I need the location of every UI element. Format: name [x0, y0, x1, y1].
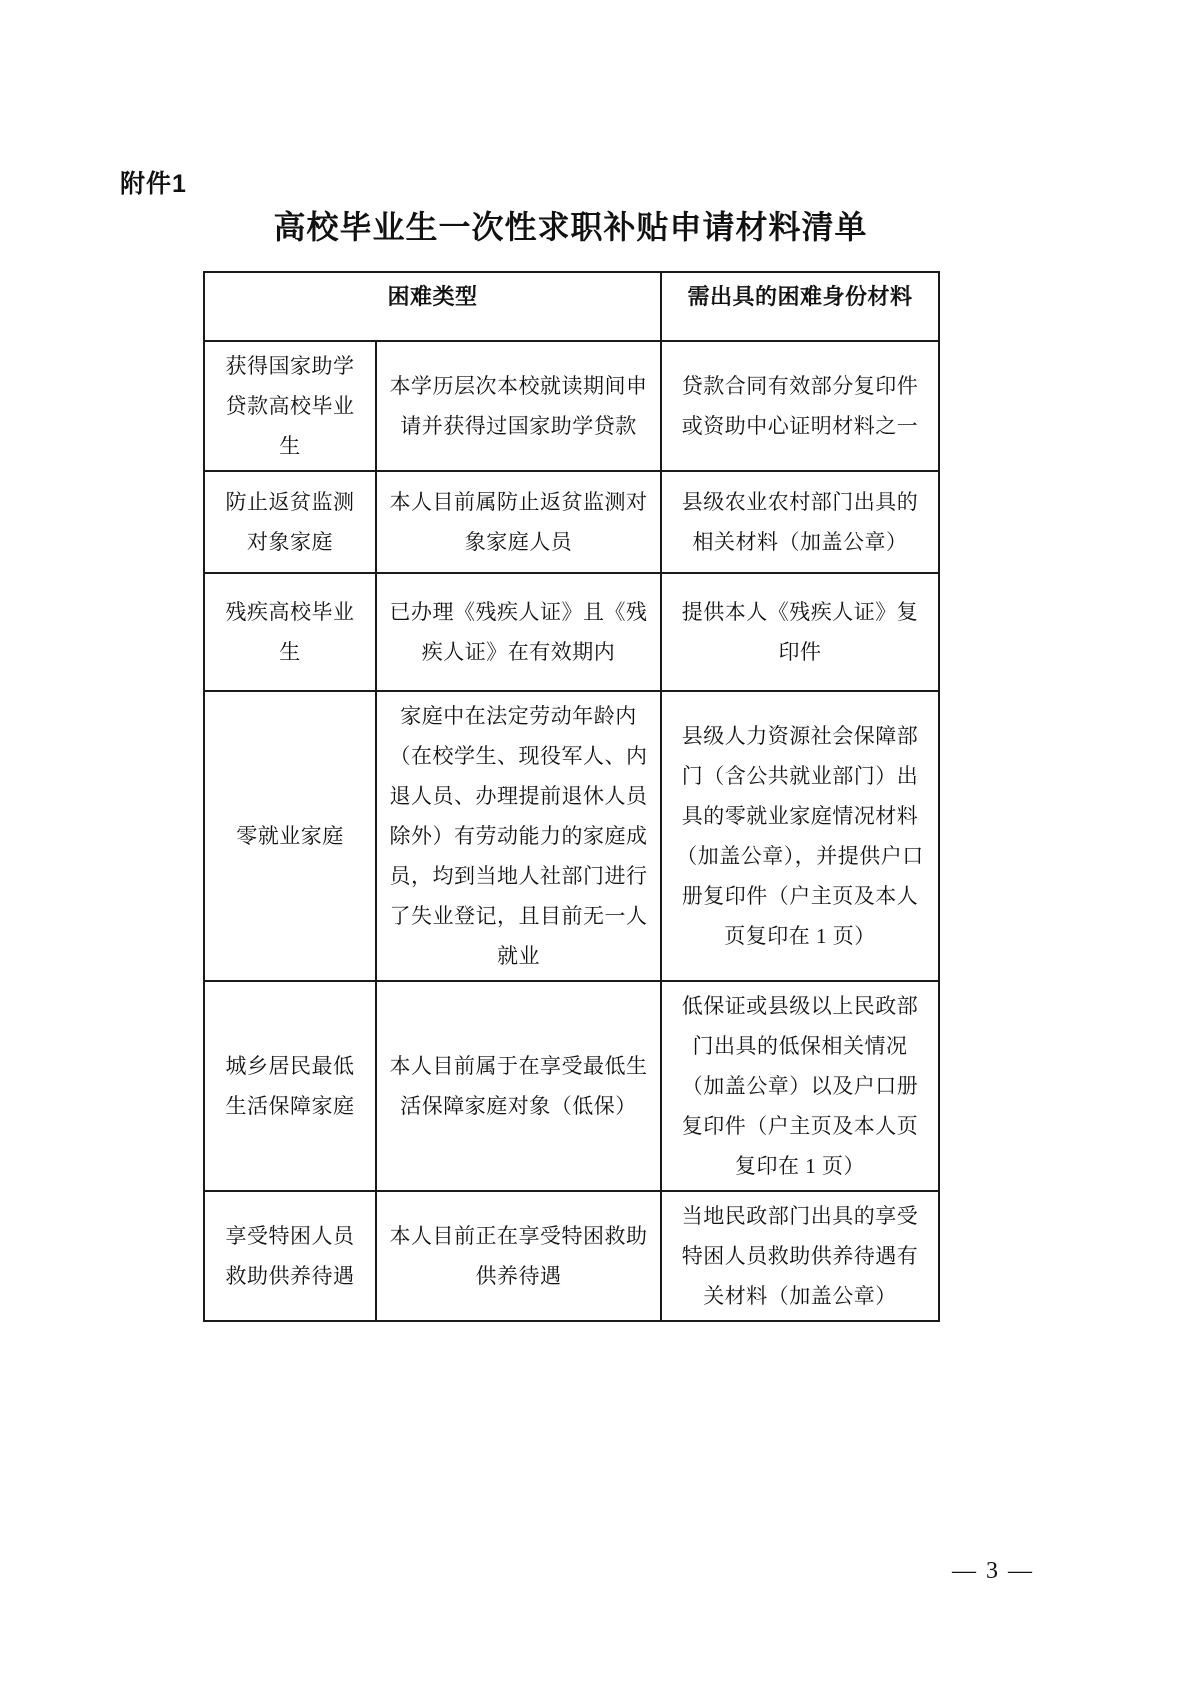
header-difficulty-type: 困难类型	[204, 272, 661, 341]
table-row: 残疾高校毕业生 已办理《残疾人证》且《残疾人证》在有效期内 提供本人《残疾人证》…	[204, 573, 939, 691]
document-page: 附件1 高校毕业生一次性求职补贴申请材料清单 困难类型 需出具的困难身份材料 获…	[0, 0, 1191, 1684]
cell-condition: 本人目前属于在享受最低生活保障家庭对象（低保）	[376, 981, 661, 1191]
materials-table: 困难类型 需出具的困难身份材料 获得国家助学贷款高校毕业生 本学历层次本校就读期…	[203, 271, 940, 1322]
cell-materials: 县级人力资源社会保障部门（含公共就业部门）出具的零就业家庭情况材料（加盖公章），…	[661, 691, 939, 981]
cell-materials: 贷款合同有效部分复印件或资助中心证明材料之一	[661, 341, 939, 471]
cell-materials: 当地民政部门出具的享受特困人员救助供养待遇有关材料（加盖公章）	[661, 1191, 939, 1321]
table-row: 防止返贫监测对象家庭 本人目前属防止返贫监测对象家庭人员 县级农业农村部门出具的…	[204, 471, 939, 573]
header-required-materials: 需出具的困难身份材料	[661, 272, 939, 341]
cell-condition: 已办理《残疾人证》且《残疾人证》在有效期内	[376, 573, 661, 691]
cell-materials: 县级农业农村部门出具的相关材料（加盖公章）	[661, 471, 939, 573]
cell-condition: 本学历层次本校就读期间申请并获得过国家助学贷款	[376, 341, 661, 471]
cell-condition: 家庭中在法定劳动年龄内（在校学生、现役军人、内退人员、办理提前退休人员除外）有劳…	[376, 691, 661, 981]
cell-condition: 本人目前正在享受特困救助供养待遇	[376, 1191, 661, 1321]
attachment-label: 附件1	[120, 164, 187, 200]
table-row: 享受特困人员救助供养待遇 本人目前正在享受特困救助供养待遇 当地民政部门出具的享…	[204, 1191, 939, 1321]
cell-category: 获得国家助学贷款高校毕业生	[204, 341, 376, 471]
cell-category: 享受特困人员救助供养待遇	[204, 1191, 376, 1321]
cell-materials: 提供本人《残疾人证》复印件	[661, 573, 939, 691]
cell-category: 残疾高校毕业生	[204, 573, 376, 691]
cell-category: 城乡居民最低生活保障家庭	[204, 981, 376, 1191]
cell-materials: 低保证或县级以上民政部门出具的低保相关情况（加盖公章）以及户口册复印件（户主页及…	[661, 981, 939, 1191]
table-row: 获得国家助学贷款高校毕业生 本学历层次本校就读期间申请并获得过国家助学贷款 贷款…	[204, 341, 939, 471]
table-row: 城乡居民最低生活保障家庭 本人目前属于在享受最低生活保障家庭对象（低保） 低保证…	[204, 981, 939, 1191]
table-row: 零就业家庭 家庭中在法定劳动年龄内（在校学生、现役军人、内退人员、办理提前退休人…	[204, 691, 939, 981]
page-title: 高校毕业生一次性求职补贴申请材料清单	[203, 202, 938, 248]
page-number: — 3 —	[952, 1558, 1034, 1585]
cell-category: 零就业家庭	[204, 691, 376, 981]
cell-category: 防止返贫监测对象家庭	[204, 471, 376, 573]
table-header-row: 困难类型 需出具的困难身份材料	[204, 272, 939, 341]
cell-condition: 本人目前属防止返贫监测对象家庭人员	[376, 471, 661, 573]
